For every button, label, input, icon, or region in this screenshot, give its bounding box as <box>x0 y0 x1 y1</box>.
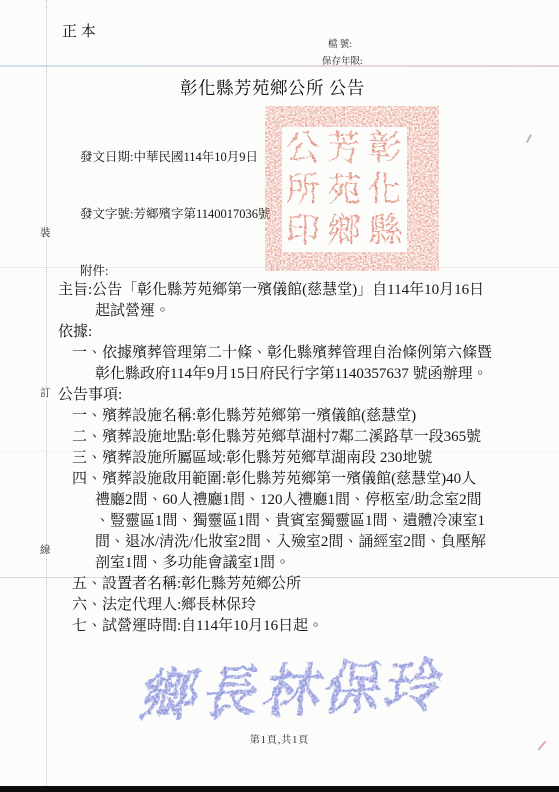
matter-item-5: 五、設置者名稱:彰化縣芳苑鄉公所 <box>0 574 559 595</box>
seal-char: 所 <box>286 171 320 209</box>
binding-mark-zhuang: 裝 <box>40 228 51 241</box>
file-number-block: 檔 號: 保存年限: <box>322 37 363 71</box>
retention-period-label: 保存年限: <box>322 54 363 71</box>
matters-label: 公告事項: <box>0 385 559 406</box>
announcement-body: 主旨:公告「彰化縣芳苑鄉第一殯儀館(慈慧堂)」自114年10月16日 起試營運。… <box>0 280 559 637</box>
scan-bottom-edge <box>0 786 559 792</box>
stray-pen-mark <box>526 134 532 143</box>
basis-item-cont: 彰化縣政府114年9月15日府民行字第1140357637 號函辦理。 <box>0 364 559 385</box>
matter-item-2: 二、殯葬設施地點:彰化縣芳苑鄉草湖村7鄰二溪路草一段365號 <box>0 427 559 448</box>
matter-item-4-cont: 、豎靈區1間、獨靈區1間、貴賓室獨靈區1間、遺體冷凍室1 <box>0 511 559 532</box>
page-title: 彰化縣芳苑鄉公所 公告 <box>180 75 365 100</box>
document-page: 裝 訂 線 正 本 檔 號: 保存年限: 彰化縣芳苑鄉公所 公告 發文日期:中華… <box>0 0 559 792</box>
seal-char: 芳 <box>327 129 361 167</box>
seal-char: 化 <box>368 171 402 209</box>
matter-item-4-cont: 禮廳2間、60人禮廳1間、120人禮廳1間、停柩室/助念室2間 <box>0 490 559 511</box>
matter-item-1: 一、殯葬設施名稱:彰化縣芳苑鄉第一殯儀館(慈慧堂) <box>0 406 559 427</box>
basis-label: 依據: <box>0 322 559 343</box>
issue-number-line: 發文字號:芳鄉殯字第1140017036號 <box>80 205 271 224</box>
matter-item-7: 七、試營運時間:自114年10月16日起。 <box>0 616 559 637</box>
file-number-label: 檔 號: <box>322 37 363 54</box>
subject-line: 主旨:公告「彰化縣芳苑鄉第一殯儀館(慈慧堂)」自114年10月16日 <box>0 280 559 301</box>
matter-item-3: 三、殯葬設施所屬區域:彰化縣芳苑鄉草湖南段 230地號 <box>0 448 559 469</box>
seal-char: 鄉 <box>327 212 361 250</box>
basis-item: 一、依據殯葬管理第二十條、彰化縣殯葬管理自治條例第六條暨 <box>0 343 559 364</box>
seal-char: 苑 <box>327 171 361 209</box>
matter-item-6: 六、法定代理人:鄉長林保玲 <box>0 595 559 616</box>
copy-type-label: 正 本 <box>62 20 96 41</box>
matter-item-4: 四、殯葬設施啟用範圍:彰化縣芳苑鄉第一殯儀館(慈慧堂)40人 <box>0 469 559 490</box>
matter-item-4-cont: 剖室1間、多功能會議室1間。 <box>0 553 559 574</box>
attachment-line: 附件: <box>80 262 271 281</box>
official-seal-stamp: 彰 化 縣 芳 苑 鄉 公 所 印 <box>262 102 443 274</box>
seal-border <box>265 106 439 271</box>
seal-char: 印 <box>286 213 320 250</box>
seal-char: 公 <box>286 129 320 167</box>
issue-date-line: 發文日期:中華民國114年10月9日 <box>80 148 271 167</box>
page-number-footer: 第1頁,共1頁 <box>0 731 559 746</box>
seal-char: 彰 <box>368 129 402 167</box>
mayor-signature-stamp: 鄉長林保玲 <box>130 652 440 737</box>
matter-item-4-cont: 間、退冰/清洗/化妝室2間、入殮室2間、誦經室2間、負壓解 <box>0 532 559 553</box>
scan-artifact-line <box>0 65 559 67</box>
signature-text: 鄉長林保玲 <box>137 655 447 728</box>
seal-char: 縣 <box>368 213 403 250</box>
subject-line-cont: 起試營運。 <box>0 301 559 322</box>
